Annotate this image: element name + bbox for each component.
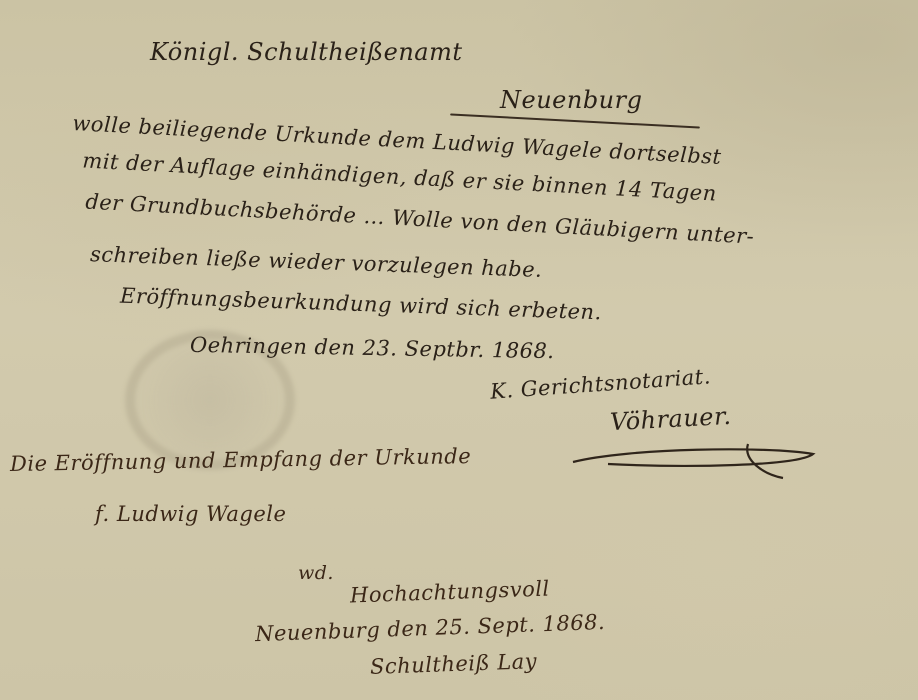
reply-line-3: wd. [298,562,334,584]
address-line-1: Königl. Schultheißenamt [150,38,463,66]
signature-flourish [568,440,818,480]
address-line-2: Neuenburg [500,86,642,114]
reply-line-2: f. Ludwig Wagele [95,502,286,526]
